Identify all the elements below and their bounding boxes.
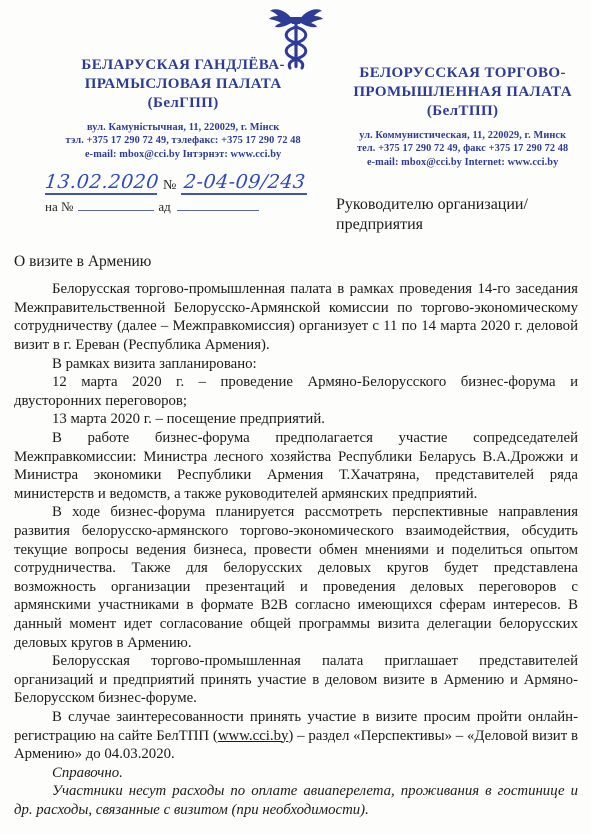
paragraph-plan-header: В рамках визита запланировано: [14, 355, 578, 374]
paragraph-registration: В случае заинтересованности принять учас… [14, 708, 578, 764]
addressee-block: Руководителю организации/ предприятия [336, 195, 528, 234]
org-address-line: ул. Коммунистическая, 11, 220029, г. Мин… [338, 129, 587, 143]
website-link: www.cci.by [218, 728, 289, 744]
org-address-line: e-mail: mbox@cci.by Internet: www.cci.by [338, 156, 587, 170]
caduceus-logo-svg [268, 6, 324, 70]
reference-band: 13.02.2020 № 2-04-09/243 на №ад Руководи… [0, 173, 591, 251]
reference-fields: 13.02.2020 № 2-04-09/243 на №ад [45, 173, 307, 215]
outgoing-number-handwritten: 2-04-09/243 [181, 173, 307, 195]
org-address-russian: ул. Коммунистическая, 11, 220029, г. Мин… [338, 129, 587, 170]
org-address-belarusian: вул. Камуністычная, 11, 220029, г. Мінск… [28, 121, 338, 162]
org-address-line: тэл. +375 17 290 72 49, тэлефакс: +375 1… [28, 134, 338, 148]
addressee-line: Руководителю организации/ [336, 195, 528, 215]
na-number-label: на № [45, 199, 73, 214]
org-title-line: (БелТПП) [338, 102, 587, 121]
subject-line: О визите в Армению [14, 253, 577, 271]
caduceus-logo-icon [268, 6, 324, 70]
addressee-line: предприятия [336, 215, 528, 235]
paragraph-forum-agenda: В ходе бизнес-форума планируется рассмот… [14, 503, 578, 652]
paragraph-march12: 12 марта 2020 г. – проведение Армяно-Бел… [14, 373, 578, 410]
paragraph-intro: Белорусская торгово-промышленная палата … [14, 280, 578, 354]
org-title-russian: БЕЛОРУССКАЯ ТОРГОВО- ПРОМЫШЛЕННАЯ ПАЛАТА… [338, 64, 587, 122]
incoming-number-blank-field [78, 198, 154, 211]
incoming-reference-row: на №ад [45, 198, 307, 215]
org-address-line: тел. +375 17 290 72 49, факс +375 17 290… [338, 142, 587, 156]
ad-label: ад [158, 199, 170, 214]
org-address-line: вул. Камуністычная, 11, 220029, г. Мінск [28, 121, 338, 135]
outgoing-number-text: 2-04-09/243 [183, 173, 306, 192]
paragraph-note-expenses: Участники несут расходы по оплате авиапе… [14, 782, 578, 819]
scanned-letter-page: БЕЛАРУСКАЯ ГАНДЛЁВА- ПРАМЫСЛОВАЯ ПАЛАТА … [0, 0, 591, 834]
outgoing-date-text: 13.02.2020 [44, 173, 160, 192]
org-block-belarusian: БЕЛАРУСКАЯ ГАНДЛЁВА- ПРАМЫСЛОВАЯ ПАЛАТА … [28, 56, 338, 169]
outgoing-reference-row: 13.02.2020 № 2-04-09/243 [45, 173, 307, 195]
letter-body: Белорусская торгово-промышленная палата … [14, 280, 578, 819]
org-block-russian: БЕЛОРУССКАЯ ТОРГОВО- ПРОМЫШЛЕННАЯ ПАЛАТА… [338, 56, 587, 169]
paragraph-invitation: Белорусская торгово-промышленная палата … [14, 652, 578, 708]
org-address-line: e-mail: mbox@cci.by Інтэрнэт: www.cci.by [28, 148, 338, 162]
org-title-line: ПРАМЫСЛОВАЯ ПАЛАТА [28, 75, 338, 94]
outgoing-date-handwritten: 13.02.2020 [45, 173, 157, 195]
incoming-date-blank-field [177, 198, 259, 211]
org-title-line: (БелГПП) [28, 94, 338, 113]
paragraph-march13: 13 марта 2020 г. – посещение предприятий… [14, 410, 578, 429]
paragraph-note-header: Справочно. [14, 764, 578, 783]
org-title-line: БЕЛОРУССКАЯ ТОРГОВО- [338, 64, 587, 83]
number-sign-label: № [163, 178, 176, 194]
org-title-line: ПРОМЫШЛЕННАЯ ПАЛАТА [338, 83, 587, 102]
paragraph-participants: В работе бизнес-форума предполагается уч… [14, 429, 578, 503]
